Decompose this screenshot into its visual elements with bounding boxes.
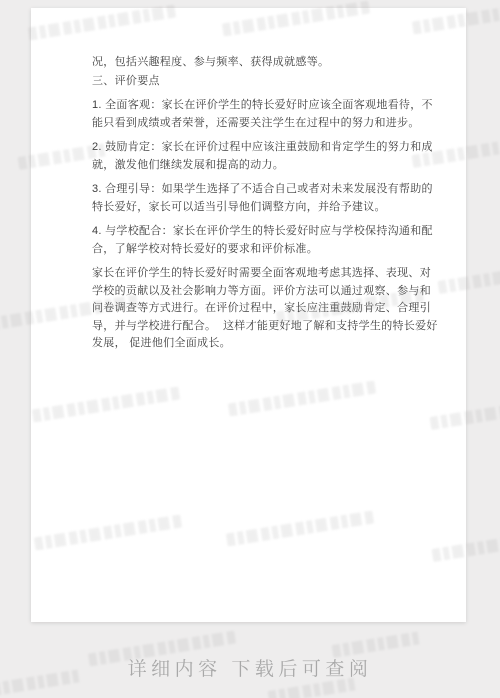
text-line: 4. 与学校配合：家长在评价学生的特长爱好时应与学校保持沟通和配 (92, 223, 422, 241)
download-notice-bar: 详细内容 下载后可查阅 (0, 622, 500, 698)
paragraph-point-3: 3. 合理引导：如果学生选择了不适合自己或者对未来发展没有帮助的 特长爱好，家长… (92, 181, 422, 216)
text-line: 三、评价要点 (92, 73, 422, 91)
text-line: 3. 合理引导：如果学生选择了不适合自己或者对未来发展没有帮助的 (92, 181, 422, 199)
paragraph-point-2: 2. 鼓励肯定：家长在评价过程中应该注重鼓励和肯定学生的努力和成 就，激发他们继… (92, 139, 422, 174)
paragraph-summary: 家长在评价学生的特长爱好时需要全面客观地考虑其选择、表现、对 学校的贡献以及社会… (92, 265, 422, 353)
text-line: 能只看到成绩或者荣誉，还需要关注学生在过程中的努力和进步。 (92, 115, 422, 133)
text-line: 学校的贡献以及社会影响力等方面。评价方法可以通过观察、参与和 (92, 283, 422, 301)
document-page: 况，包括兴趣程度、参与频率、获得成就感等。 三、评价要点 1. 全面客观：家长在… (31, 8, 466, 622)
text-line: 发展， 促进他们全面成长。 (92, 335, 422, 353)
paragraph-continuation: 况，包括兴趣程度、参与频率、获得成就感等。 (92, 54, 422, 72)
text-line: 导，并与学校进行配合。 这样才能更好地了解和支持学生的特长爱好 (92, 318, 422, 336)
text-line: 问卷调查等方式进行。在评价过程中，家长应注重鼓励肯定、合理引 (92, 300, 422, 318)
text-line: 就，激发他们继续发展和提高的动力。 (92, 157, 422, 175)
text-line: 2. 鼓励肯定：家长在评价过程中应该注重鼓励和肯定学生的努力和成 (92, 139, 422, 157)
document-preview-screen: 况，包括兴趣程度、参与频率、获得成就感等。 三、评价要点 1. 全面客观：家长在… (0, 0, 500, 698)
text-line: 特长爱好，家长可以适当引导他们调整方向，并给予建议。 (92, 199, 422, 217)
paragraph-point-1: 1. 全面客观：家长在评价学生的特长爱好时应该全面客观地看待，不 能只看到成绩或… (92, 97, 422, 132)
text-line: 况，包括兴趣程度、参与频率、获得成就感等。 (92, 54, 422, 72)
paragraph-point-4: 4. 与学校配合：家长在评价学生的特长爱好时应与学校保持沟通和配 合，了解学校对… (92, 223, 422, 258)
download-notice-text: 详细内容 下载后可查阅 (128, 654, 373, 681)
text-line: 家长在评价学生的特长爱好时需要全面客观地考虑其选择、表现、对 (92, 265, 422, 283)
text-line: 合，了解学校对特长爱好的要求和评价标准。 (92, 241, 422, 259)
text-line: 1. 全面客观：家长在评价学生的特长爱好时应该全面客观地看待，不 (92, 97, 422, 115)
section-heading: 三、评价要点 (92, 73, 422, 91)
document-text-block: 况，包括兴趣程度、参与频率、获得成就感等。 三、评价要点 1. 全面客观：家长在… (92, 54, 422, 353)
